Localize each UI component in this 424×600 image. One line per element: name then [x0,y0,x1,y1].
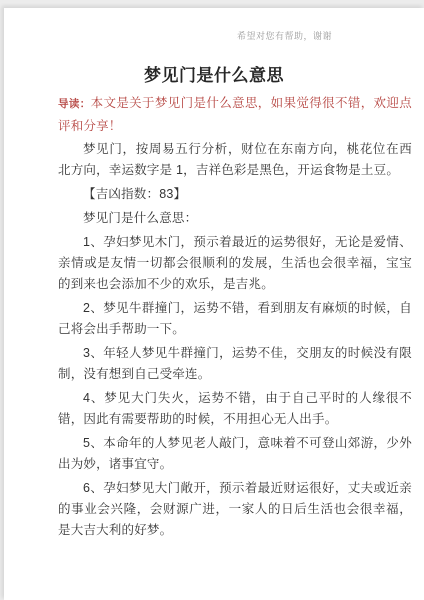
document-page: 希望对您有帮助，谢谢 梦见门是什么意思 导读：本文是关于梦见门是什么意思，如果觉… [4,8,424,600]
luck-index-line: 【吉凶指数：83】 [58,184,412,205]
intro-paragraph: 导读：本文是关于梦见门是什么意思，如果觉得很不错，欢迎点评和分享！ [58,92,412,136]
intro-label: 导读： [58,98,91,110]
page-title: 梦见门是什么意思 [4,64,424,88]
intro-text: 本文是关于梦见门是什么意思，如果觉得很不错，欢迎点评和分享！ [58,95,412,133]
section-heading: 梦见门是什么意思： [58,208,412,229]
article-body: 导读：本文是关于梦见门是什么意思，如果觉得很不错，欢迎点评和分享！ 梦见门，按周… [58,92,412,541]
dream-meaning-item-5: 5、本命年的人梦见老人敲门，意味着不可登山郊游，少外出为妙，诸事宜守。 [58,433,412,475]
header-note: 希望对您有帮助，谢谢 [237,29,332,42]
five-elements-analysis-paragraph: 梦见门，按周易五行分析，财位在东南方向，桃花位在西北方向，幸运数字是 1，吉祥色… [58,139,412,181]
dream-meaning-item-6: 6、孕妇梦见大门敞开，预示着最近财运很好，丈夫或近亲的事业会兴隆，会财源广进，一… [58,478,412,541]
dream-meaning-item-1: 1、孕妇梦见木门，预示着最近的运势很好，无论是爱情、亲情或是友情一切都会很顺利的… [58,232,412,295]
dream-meaning-item-4: 4、梦见大门失火，运势不错，由于自己平时的人缘很不错，因此有需要帮助的时候，不用… [58,388,412,430]
dream-meaning-item-2: 2、梦见牛群撞门，运势不错，看到朋友有麻烦的时候，自己将会出手帮助一下。 [58,298,412,340]
dream-meaning-item-3: 3、年轻人梦见牛群撞门，运势不佳，交朋友的时候没有限制，没有想到自己受牵连。 [58,343,412,385]
